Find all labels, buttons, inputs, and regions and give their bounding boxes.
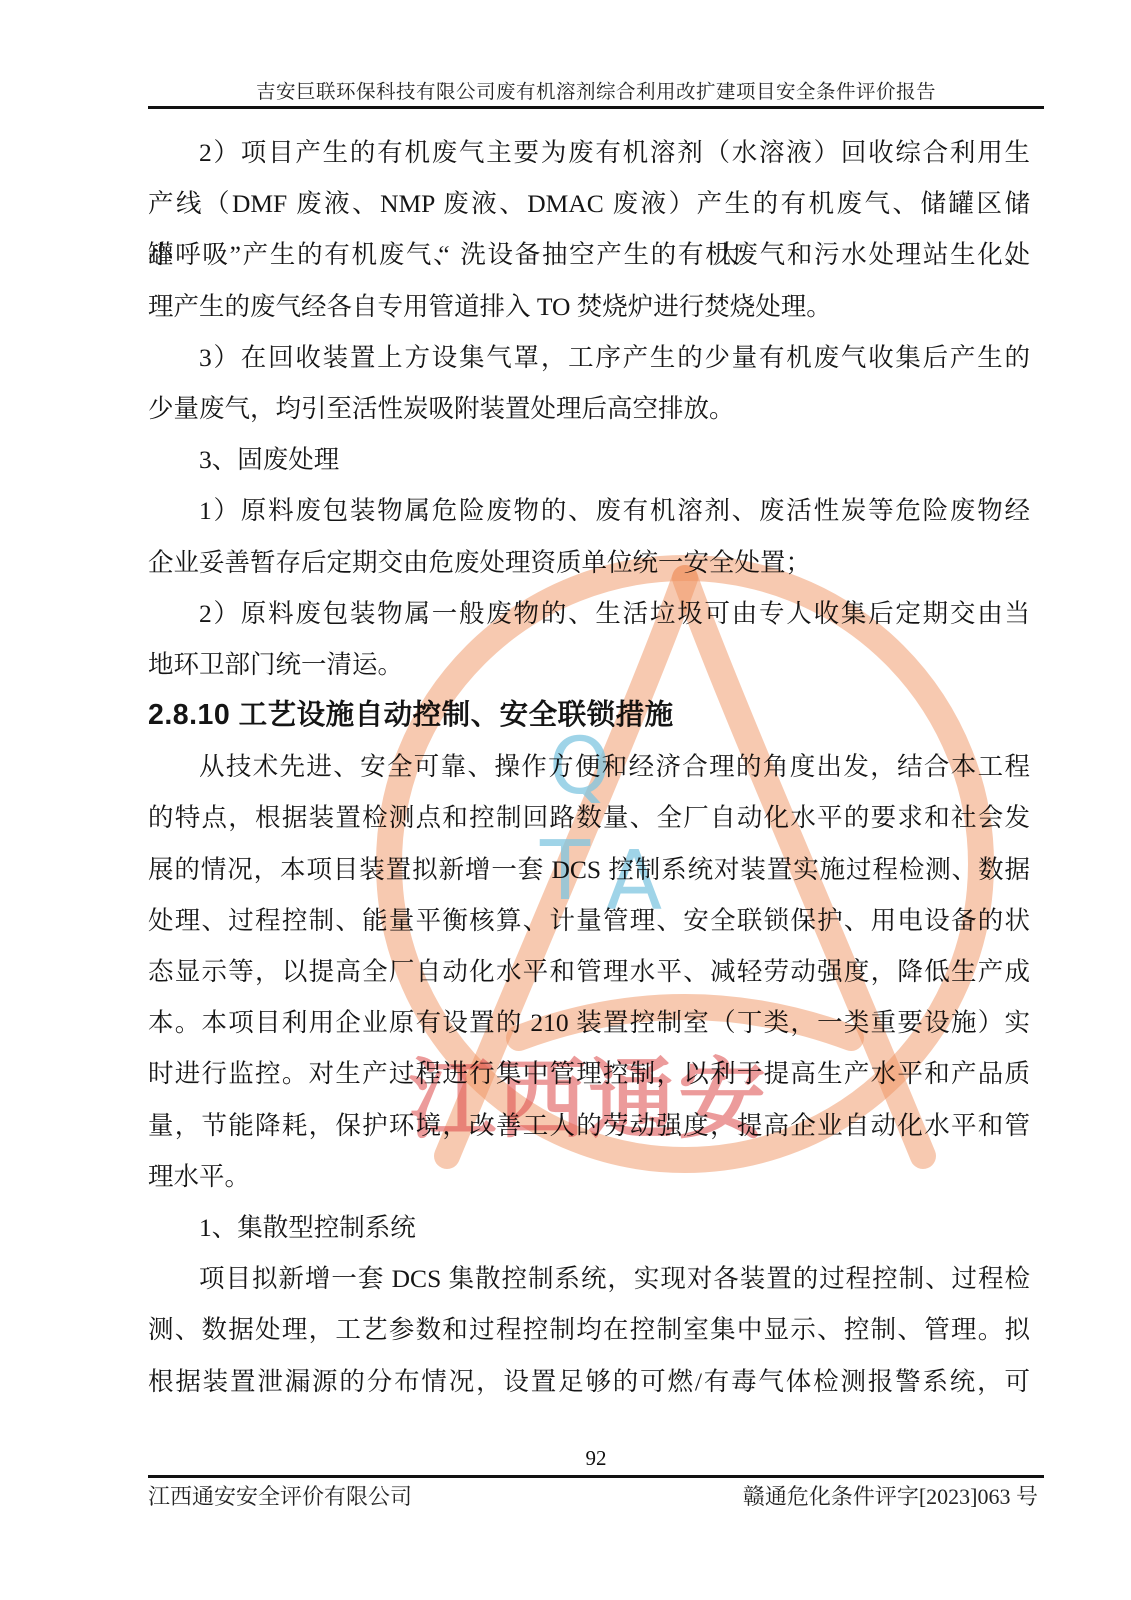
text-line: 本。本项目利用企业原有设置的 210 装置控制室（丁类，一类重要设施）实 [148, 997, 1030, 1048]
text-line: 3）在回收装置上方设集气罩，工序产生的少量有机废气收集后产生的 [148, 332, 1030, 383]
text-line: 3、固废处理 [148, 434, 1030, 485]
footer-company: 江西通安安全评价有限公司 [148, 1480, 412, 1511]
text-line: 理产生的废气经各自专用管道排入 TO 焚烧炉进行焚烧处理。 [148, 281, 1030, 332]
text-line: 产线（DMF 废液、NMP 废液、DMAC 废液）产生的有机废气、储罐区储罐“大… [148, 178, 1030, 229]
text-line: 处理、过程控制、能量平衡核算、计量管理、安全联锁保护、用电设备的状 [148, 895, 1030, 946]
text-line: 1、集散型控制系统 [148, 1202, 1030, 1253]
footer-rule [148, 1475, 1044, 1478]
text-line: 2）原料废包装物属一般废物的、生活垃圾可由专人收集后定期交由当 [148, 588, 1030, 639]
section-heading: 2.8.10 工艺设施自动控制、安全联锁措施 [148, 690, 1030, 741]
page-number: 92 [148, 1446, 1044, 1471]
footer-row: 江西通安安全评价有限公司 赣通危化条件评字[2023]063 号 [148, 1480, 1038, 1511]
text-line: 理水平。 [148, 1151, 1030, 1202]
text-line: 测、数据处理，工艺参数和过程控制均在控制室集中显示、控制、管理。拟 [148, 1304, 1030, 1355]
text-line: 小呼吸”产生的有机废气、洗设备抽空产生的有机废气和污水处理站生化处 [148, 229, 1030, 280]
text-line: 的特点，根据装置检测点和控制回路数量、全厂自动化水平的要求和社会发 [148, 792, 1030, 843]
header-rule [148, 106, 1044, 109]
text-line: 从技术先进、安全可靠、操作方便和经济合理的角度出发，结合本工程 [148, 741, 1030, 792]
text-line: 企业妥善暂存后定期交由危废处理资质单位统一安全处置； [148, 537, 1030, 588]
document-page: 吉安巨联环保科技有限公司废有机溶剂综合利用改扩建项目安全条件评价报告 2）项目产… [0, 0, 1131, 1600]
text-line: 量，节能降耗，保护环境，改善工人的劳动强度，提高企业自动化水平和管 [148, 1100, 1030, 1151]
text-line: 项目拟新增一套 DCS 集散控制系统，实现对各装置的过程控制、过程检 [148, 1253, 1030, 1304]
text-line: 少量废气，均引至活性炭吸附装置处理后高空排放。 [148, 383, 1030, 434]
footer-doc-number: 赣通危化条件评字[2023]063 号 [743, 1480, 1038, 1511]
text-line: 1）原料废包装物属危险废物的、废有机溶剂、废活性炭等危险废物经 [148, 485, 1030, 536]
text-line: 态显示等，以提高全厂自动化水平和管理水平、减轻劳动强度，降低生产成 [148, 946, 1030, 997]
text-line: 时进行监控。对生产过程进行集中管理控制，以利于提高生产水平和产品质 [148, 1048, 1030, 1099]
page-header-title: 吉安巨联环保科技有限公司废有机溶剂综合利用改扩建项目安全条件评价报告 [148, 76, 1044, 104]
text-line: 2）项目产生的有机废气主要为废有机溶剂（水溶液）回收综合利用生 [148, 127, 1030, 178]
text-line: 根据装置泄漏源的分布情况，设置足够的可燃/有毒气体检测报警系统，可 [148, 1356, 1030, 1407]
text-line: 展的情况，本项目装置拟新增一套 DCS 控制系统对装置实施过程检测、数据 [148, 844, 1030, 895]
text-line: 地环卫部门统一清运。 [148, 639, 1030, 690]
body-text: 2）项目产生的有机废气主要为废有机溶剂（水溶液）回收综合利用生产线（DMF 废液… [148, 127, 1030, 1407]
